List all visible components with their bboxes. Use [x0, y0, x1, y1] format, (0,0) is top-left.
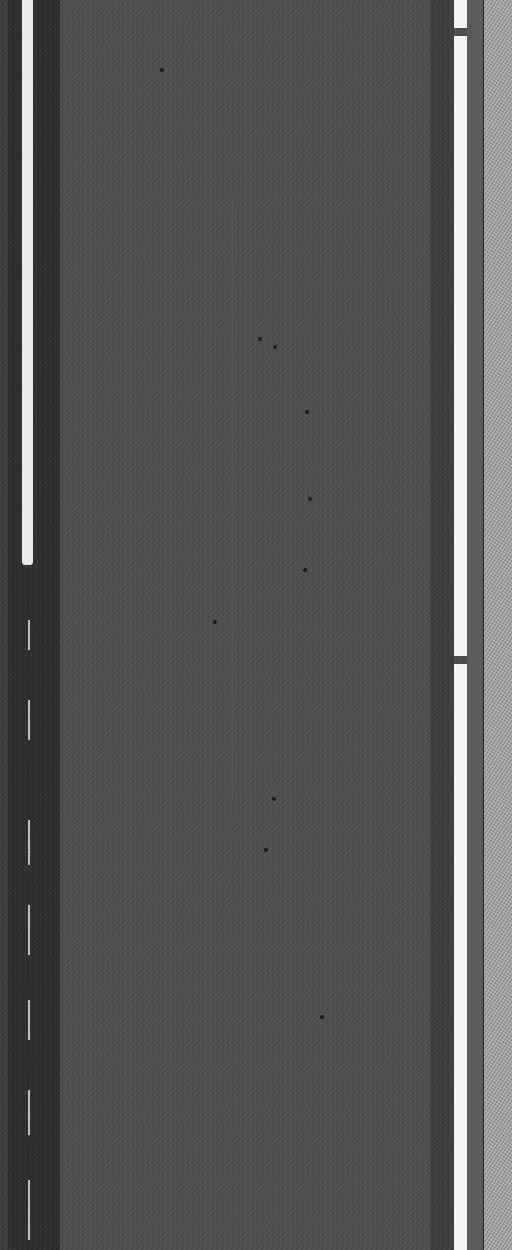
left-solid-line: [22, 0, 33, 565]
oil-spot: [272, 797, 276, 801]
road-scene: [0, 0, 512, 1250]
oil-spot: [160, 68, 164, 72]
lane-dash: [28, 1180, 30, 1240]
right-gutter-strip: [430, 0, 454, 1250]
right-edge-line-segment: [454, 0, 467, 28]
lane-dash: [28, 905, 30, 955]
oil-spot: [213, 620, 217, 624]
oil-spot: [273, 345, 277, 349]
oil-spot: [308, 497, 312, 501]
oil-spot: [303, 568, 307, 572]
lane-dash: [28, 700, 30, 740]
oil-spot: [305, 410, 309, 414]
oil-spot: [264, 848, 268, 852]
lane-dash: [28, 1000, 30, 1040]
lane-dash: [28, 820, 30, 865]
lane-dash: [28, 620, 30, 650]
lane-dash: [28, 1090, 30, 1135]
main-lane: [58, 0, 438, 1250]
right-edge-line-segment: [454, 36, 467, 656]
left-lane-edge: [0, 0, 8, 1250]
gravel-shoulder: [484, 0, 512, 1250]
oil-spot: [258, 337, 262, 341]
right-edge-line-segment: [454, 664, 467, 1250]
pavement-seam: [232, 200, 233, 800]
oil-spot: [320, 1015, 324, 1019]
